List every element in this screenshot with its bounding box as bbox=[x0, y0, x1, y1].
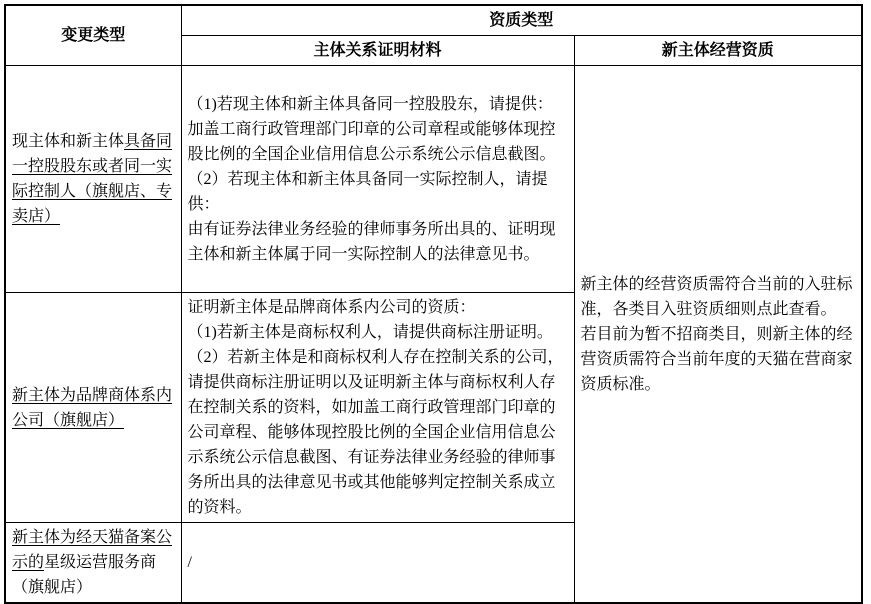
text-line: 新主体的经营资质需符合当前的入驻标准，各类目入驻资质细则点此查看。 bbox=[581, 272, 856, 322]
header-change-type: 变更类型 bbox=[5, 5, 181, 66]
text-line: 证明新主体是品牌商体系内公司的资质： bbox=[188, 295, 568, 320]
header-proof-materials: 主体关系证明材料 bbox=[181, 36, 574, 66]
text-line: 若目前为暂不招商类目，则新主体的经营资质需符合当前年度的天猫在营商家资质标准。 bbox=[581, 322, 856, 397]
underlined-link-text[interactable]: 新主体为品牌商体系内公司（旗舰店） bbox=[12, 387, 172, 429]
business-qualification-cell: 新主体的经营资质需符合当前的入驻标准，各类目入驻资质细则点此查看。若目前为暂不招… bbox=[574, 66, 862, 594]
header-row-1: 变更类型 资质类型 bbox=[5, 5, 862, 36]
header-business-qualification: 新主体经营资质 bbox=[574, 36, 862, 66]
proof-materials-cell-brand-company: 证明新主体是品牌商体系内公司的资质：（1)若新主体是商标权利人，请提供商标注册证… bbox=[181, 293, 574, 523]
text-line: 由有证券法律业务经验的律师事务所出具的、证明现主体和新主体属于同一实际控制人的法… bbox=[188, 217, 568, 267]
text-line: 加盖工商行政管理部门印章的公司章程或能够体现控股比例的全国企业信用信息公示系统公… bbox=[188, 117, 568, 167]
table-row-same-shareholder: 现主体和新主体具备同一控股股东或者同一实际控制人（旗舰店、专卖店） （1)若现主… bbox=[5, 66, 862, 293]
proof-materials-cell-same-shareholder: （1)若现主体和新主体具备同一控股股东，请提供：加盖工商行政管理部门印章的公司章… bbox=[181, 66, 574, 293]
change-type-cell-star-service-provider: 新主体为经天猫备案公示的星级运营服务商（旗舰店） bbox=[5, 523, 181, 594]
text-line: （1)若新主体是商标权利人，请提供商标注册证明。 bbox=[188, 320, 568, 345]
text-line: （2）若现主体和新主体具备同一实际控制人，请提供： bbox=[188, 167, 568, 217]
text-segment: 现主体和新主体 bbox=[12, 133, 124, 150]
header-qualification-type: 资质类型 bbox=[181, 5, 862, 36]
text-line: （2）若新主体是和商标权利人存在控制关系的公司，请提供商标注册证明以及证明新主体… bbox=[188, 345, 568, 520]
change-type-cell-same-shareholder: 现主体和新主体具备同一控股股东或者同一实际控制人（旗舰店、专卖店） bbox=[5, 66, 181, 293]
change-type-cell-brand-company: 新主体为品牌商体系内公司（旗舰店） bbox=[5, 293, 181, 523]
proof-materials-cell-slash: / bbox=[181, 523, 574, 594]
qualification-change-table: 变更类型 资质类型 主体关系证明材料 新主体经营资质 现主体和新主体具备同一控股… bbox=[4, 4, 863, 593]
text-line: （1)若现主体和新主体具备同一控股股东，请提供： bbox=[188, 92, 568, 117]
